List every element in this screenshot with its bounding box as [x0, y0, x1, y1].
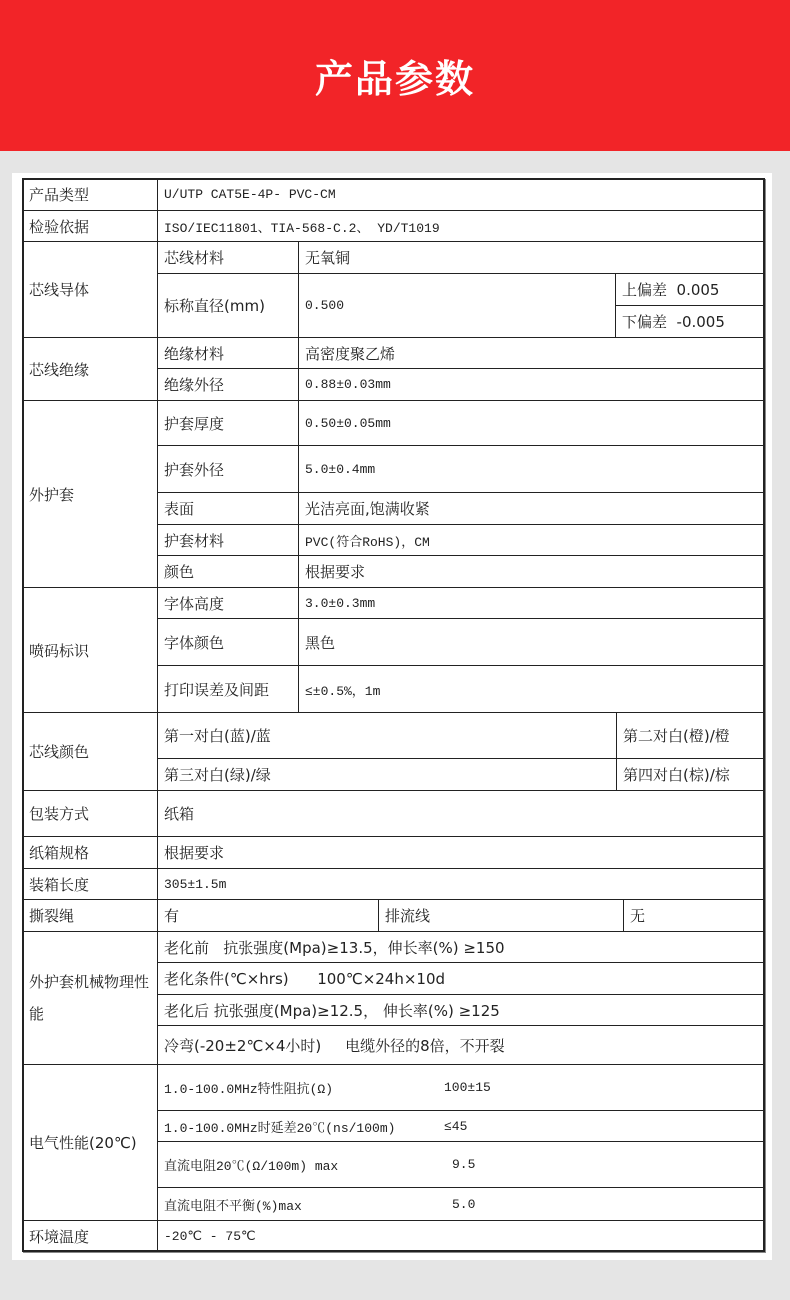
- value-box-length: 305±1.5m: [157, 868, 765, 900]
- label-surface: 表面: [157, 492, 299, 525]
- label-insulation-od: 绝缘外径: [157, 368, 299, 401]
- electrical-param: 1.0-100.0MHz特性阻抗(Ω): [164, 1078, 444, 1097]
- mechanical-row: 老化条件(℃×hrs) 100℃×24h×10d: [157, 962, 765, 995]
- label-jacket-thickness: 护套厚度: [157, 400, 299, 446]
- label-conductor-material: 芯线材料: [157, 241, 299, 274]
- label-font-color: 字体颜色: [157, 618, 299, 666]
- electrical-value: 5.0: [452, 1197, 475, 1212]
- label-box-length: 装箱长度: [22, 868, 158, 900]
- value-pair-4: 第四对白(棕)/棕: [616, 758, 765, 791]
- value-insulation-od: 0.88±0.03mm: [298, 368, 765, 401]
- value-print-error: ≤±0.5%，1m: [298, 665, 765, 713]
- mechanical-row: 老化后 抗张强度(Mpa)≥12.5， 伸长率(%) ≥125: [157, 994, 765, 1026]
- label-electrical: 电气性能(20℃): [22, 1064, 158, 1221]
- value-jacket-thickness: 0.50±0.05mm: [298, 400, 765, 446]
- value-pair-1: 第一对白(蓝)/蓝: [157, 712, 617, 759]
- electrical-row: 1.0-100.0MHz特性阻抗(Ω) 100±15: [157, 1064, 765, 1111]
- value-standard: ISO/IEC11801、TIA-568-C.2、 YD/T1019: [157, 210, 765, 242]
- value-conductor-material: 无氧铜: [298, 241, 765, 274]
- value-packaging: 纸箱: [157, 790, 765, 837]
- label-standard: 检验依据: [22, 210, 158, 242]
- label-jacket-color: 颜色: [157, 555, 299, 588]
- value-upper-tolerance: 上偏差 0.005: [615, 273, 765, 306]
- electrical-param: 直流电阻20℃(Ω/100m) max: [164, 1155, 452, 1174]
- label-mechanical: 外护套机械物理性能: [22, 931, 158, 1065]
- value-nominal-diameter: 0.500: [298, 273, 616, 338]
- mechanical-row: 冷弯(-20±2℃×4小时) 电缆外径的8倍，不开裂: [157, 1025, 765, 1065]
- electrical-value: ≤45: [444, 1119, 467, 1134]
- value-environment: -20℃ - 75℃: [157, 1220, 765, 1252]
- electrical-param: 直流电阻不平衡(%)max: [164, 1195, 452, 1214]
- label-nominal-diameter: 标称直径(mm): [157, 273, 299, 338]
- electrical-param: 1.0-100.0MHz时延差20℃(ns/100m): [164, 1117, 444, 1136]
- value-insulation-material: 高密度聚乙烯: [298, 337, 765, 369]
- electrical-value: 9.5: [452, 1157, 475, 1172]
- label-marking: 喷码标识: [22, 587, 158, 713]
- value-pair-3: 第三对白(绿)/绿: [157, 758, 617, 791]
- page-title: 产品参数: [315, 48, 475, 103]
- label-core-colors: 芯线颜色: [22, 712, 158, 791]
- label-jacket-material: 护套材料: [157, 524, 299, 556]
- electrical-value: 100±15: [444, 1080, 491, 1095]
- page-header: 产品参数: [0, 0, 790, 151]
- label-drain-wire: 排流线: [378, 899, 624, 932]
- label-product-type: 产品类型: [22, 178, 158, 211]
- value-jacket-od: 5.0±0.4mm: [298, 445, 765, 493]
- electrical-row: 直流电阻不平衡(%)max 5.0: [157, 1187, 765, 1221]
- label-conductor: 芯线导体: [22, 241, 158, 338]
- label-packaging: 包装方式: [22, 790, 158, 837]
- value-jacket-color: 根据要求: [298, 555, 765, 588]
- label-box-spec: 纸箱规格: [22, 836, 158, 869]
- label-jacket-od: 护套外径: [157, 445, 299, 493]
- value-box-spec: 根据要求: [157, 836, 765, 869]
- electrical-row: 直流电阻20℃(Ω/100m) max 9.5: [157, 1141, 765, 1188]
- value-font-height: 3.0±0.3mm: [298, 587, 765, 619]
- label-environment: 环境温度: [22, 1220, 158, 1252]
- value-jacket-material: PVC(符合RoHS)，CM: [298, 524, 765, 556]
- value-surface: 光洁亮面,饱满收紧: [298, 492, 765, 525]
- label-print-error: 打印误差及间距: [157, 665, 299, 713]
- value-product-type: U/UTP CAT5E-4P- PVC-CM: [157, 178, 765, 211]
- value-lower-tolerance: 下偏差 -0.005: [615, 305, 765, 338]
- label-insulation: 芯线绝缘: [22, 337, 158, 401]
- value-drain-wire: 无: [623, 899, 765, 932]
- value-font-color: 黑色: [298, 618, 765, 666]
- value-pair-2: 第二对白(橙)/橙: [616, 712, 765, 759]
- label-rip-cord: 撕裂绳: [22, 899, 158, 932]
- label-insulation-material: 绝缘材料: [157, 337, 299, 369]
- value-rip-cord: 有: [157, 899, 379, 932]
- label-font-height: 字体高度: [157, 587, 299, 619]
- mechanical-row: 老化前 抗张强度(Mpa)≥13.5，伸长率(%) ≥150: [157, 931, 765, 963]
- label-jacket: 外护套: [22, 400, 158, 588]
- electrical-row: 1.0-100.0MHz时延差20℃(ns/100m) ≤45: [157, 1110, 765, 1142]
